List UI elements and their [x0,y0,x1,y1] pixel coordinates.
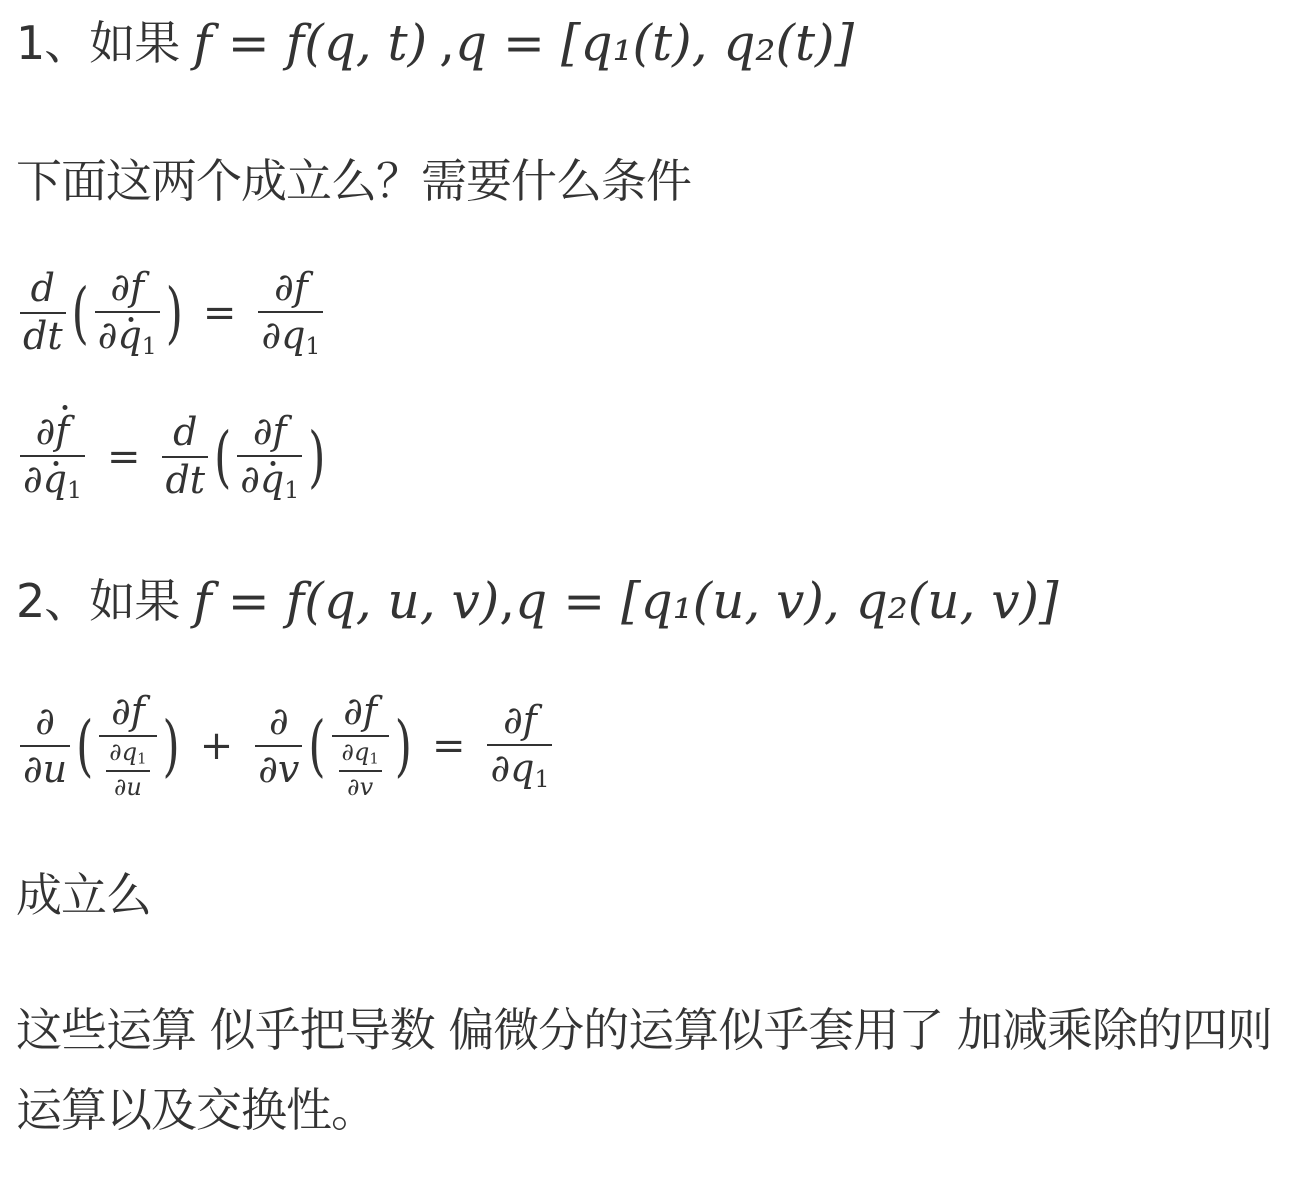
right-paren: ) [166,275,183,352]
math-equals: = [228,572,270,630]
equation-2: ∂f ∂q1 = d dt ( ∂f ∂q1 ) [16,412,327,503]
frac-dfdot-dqdot1: ∂f ∂q1 [20,412,85,503]
right-paren: ) [395,708,412,785]
math-equals: = [503,14,545,72]
math-equals: = [228,14,270,72]
math-f: f [193,572,212,630]
equals-sign: = [432,723,466,769]
equation-3: ∂ ∂u ( ∂f ∂q1 ∂u ) + ∂ ∂v ( ∂f ∂q1 ∂v [16,692,556,800]
left-paren: ( [76,708,93,785]
question-2-statement: 2、如果 f = f(q, u, v) , q = [q₁(u, v), q₂(… [16,572,1059,630]
question-1-prefix: 1、如果 [16,20,179,66]
math-f: f [193,14,212,72]
equals-sign: = [203,290,237,336]
left-paren: ( [72,275,89,352]
frac-df-over-dq1du: ∂f ∂q1 ∂u [99,692,156,800]
equation-1: d dt ( ∂f ∂q1 ) = ∂f ∂q1 [16,268,327,359]
math-q: q [455,14,487,72]
math-separator: , [439,14,455,72]
math-equals: = [563,572,605,630]
question-1-prompt: 下面这两个成立么？需要什么条件 [16,158,691,204]
left-paren: ( [308,708,325,785]
math-separator: , [499,572,515,630]
equals-sign: = [107,434,141,480]
math-f-definition: f(q, u, v) [286,572,500,630]
math-q-definition: [q₁(t), q₂(t)] [561,14,854,72]
math-f-definition: f(q, t) [286,14,427,72]
frac-partial-dv: ∂ ∂v [255,702,302,790]
math-q-definition: [q₁(u, v), q₂(u, v)] [621,572,1058,630]
left-paren: ( [214,419,231,496]
frac-df-dq1: ∂f ∂q1 [258,268,323,359]
plus-sign: + [200,723,234,769]
right-paren: ) [308,419,325,496]
frac-d-dt: d dt [20,269,66,357]
comment-paragraph: 这些运算 似乎把导数 偏微分的运算似乎套用了 加减乘除的四则运算以及交换性。 [16,990,1286,1150]
question-2-prefix: 2、如果 [16,578,179,624]
frac-partial-du: ∂ ∂u [20,702,70,790]
frac-d-dt: d dt [162,413,208,501]
math-q: q [515,572,547,630]
frac-df-dqdot1: ∂f ∂q1 [95,268,160,359]
frac-df-dq1: ∂f ∂q1 [487,701,552,792]
question-2-prompt: 成立么 [16,872,151,918]
frac-df-over-dq1dv: ∂f ∂q1 ∂v [332,692,389,800]
question-1-statement: 1、如果 f = f(q, t) , q = [q₁(t), q₂(t)] [16,14,854,72]
frac-df-dqdot1: ∂f ∂q1 [237,412,302,503]
right-paren: ) [163,708,180,785]
